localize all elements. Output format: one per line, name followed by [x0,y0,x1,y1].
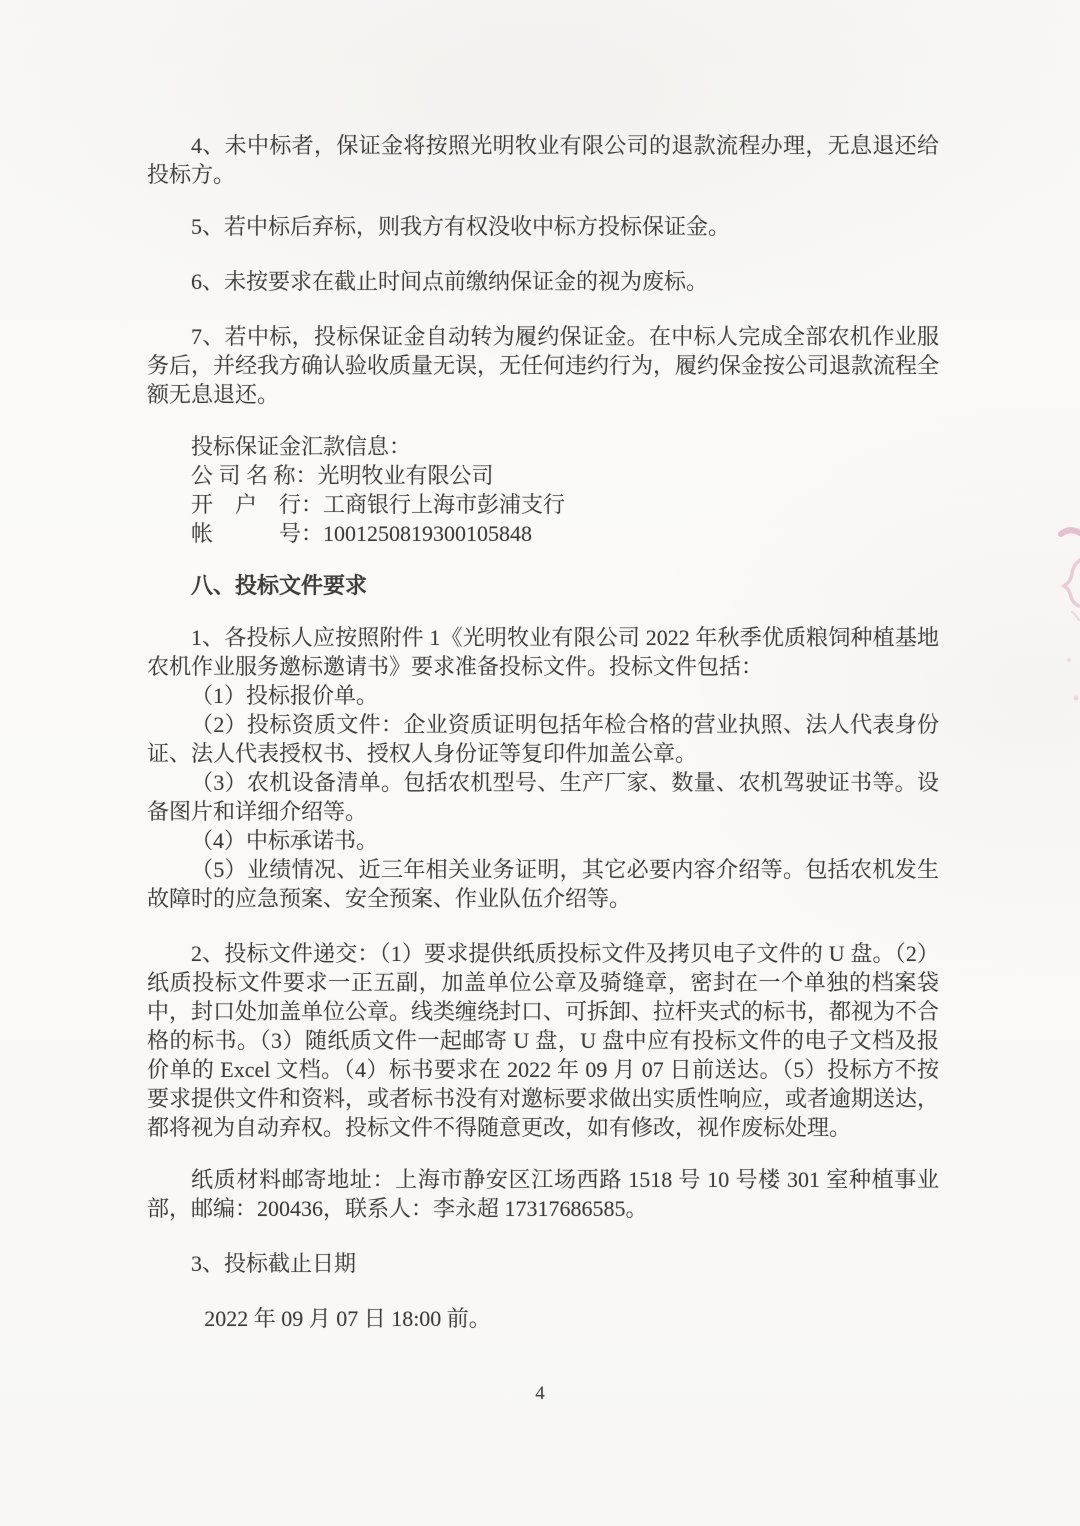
clause-4: 4、未中标者，保证金将按照光明牧业有限公司的退款流程办理，无息退还给投标方。 [147,131,939,189]
bid-deadline: 2022 年 09 月 07 日 18:00 前。 [147,1304,939,1333]
remittance-row-company: 公 司 名 称：光明牧业有限公司 [147,461,939,490]
remittance-company-value: 光明牧业有限公司 [318,463,494,488]
page-number: 4 [0,1383,1080,1405]
section-8-subitem-2: （2）投标资质文件：企业资质证明包括年检合格的营业执照、法人代表身份证、法人代表… [147,710,939,768]
remittance-bank-value: 工商银行上海市彭浦支行 [323,492,565,517]
red-stamp-mark [1046,520,1080,720]
scanned-document-page: 4、未中标者，保证金将按照光明牧业有限公司的退款流程办理，无息退还给投标方。 5… [0,0,1080,1526]
remittance-row-account: 帐 号：1001250819300105848 [147,519,939,548]
section-8-item-1: 1、各投标人应按照附件 1《光明牧业有限公司 2022 年秋季优质粮饲种植基地农… [147,623,939,681]
clause-5: 5、若中标后弃标，则我方有权没收中标方投标保证金。 [147,212,939,241]
clause-6: 6、未按要求在截止时间点前缴纳保证金的视为废标。 [147,267,939,296]
remittance-bank-label: 开 户 行： [191,492,323,517]
section-8-heading: 八、投标文件要求 [147,571,939,600]
section-8-subitem-3: （3）农机设备清单。包括农机型号、生产厂家、数量、农机驾驶证书等。设备图片和详细… [147,768,939,826]
section-8-subitem-4: （4）中标承诺书。 [147,826,939,855]
clause-7: 7、若中标，投标保证金自动转为履约保证金。在中标人完成全部农机作业服务后，并经我… [147,322,939,409]
mailing-address: 纸质材料邮寄地址：上海市静安区江场西路 1518 号 10 号楼 301 室种植… [147,1165,939,1223]
section-8-item-2: 2、投标文件递交：（1）要求提供纸质投标文件及拷贝电子文件的 U 盘。（2）纸质… [147,939,939,1142]
section-8-subitem-1: （1）投标报价单。 [147,681,939,710]
remittance-company-label: 公 司 名 称： [191,463,318,488]
remittance-account-label: 帐 号： [191,521,323,546]
section-8-subitem-5: （5）业绩情况、近三年相关业务证明，其它必要内容介绍等。包括农机发生故障时的应急… [147,855,939,913]
remittance-title: 投标保证金汇款信息： [147,432,939,461]
section-8-item-3-heading: 3、投标截止日期 [147,1249,939,1278]
remittance-account-value: 1001250819300105848 [323,521,532,546]
document-body: 4、未中标者，保证金将按照光明牧业有限公司的退款流程办理，无息退还给投标方。 5… [147,131,939,1333]
remittance-row-bank: 开 户 行：工商银行上海市彭浦支行 [147,490,939,519]
